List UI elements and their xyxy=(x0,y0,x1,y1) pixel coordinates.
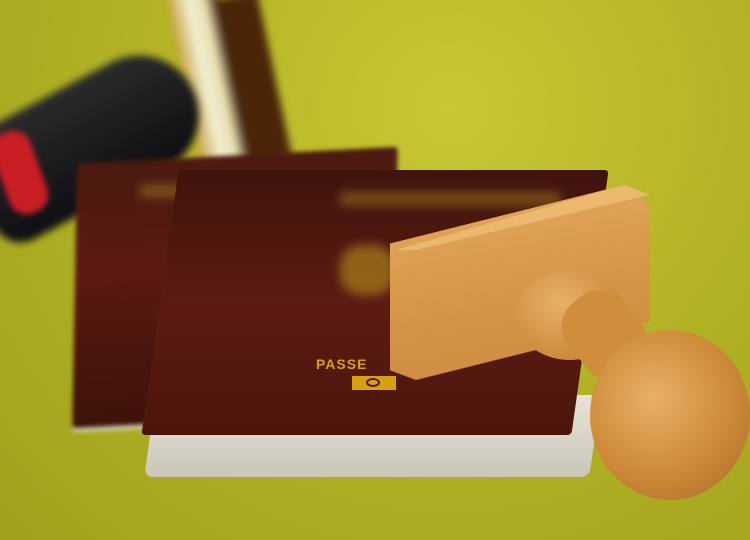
passport-label: PASSE xyxy=(316,356,367,372)
biometric-chip-icon xyxy=(352,376,396,390)
passport-front-title xyxy=(340,192,560,206)
wooden-stamp-knob xyxy=(590,330,750,500)
coat-of-arms-icon xyxy=(340,245,395,295)
